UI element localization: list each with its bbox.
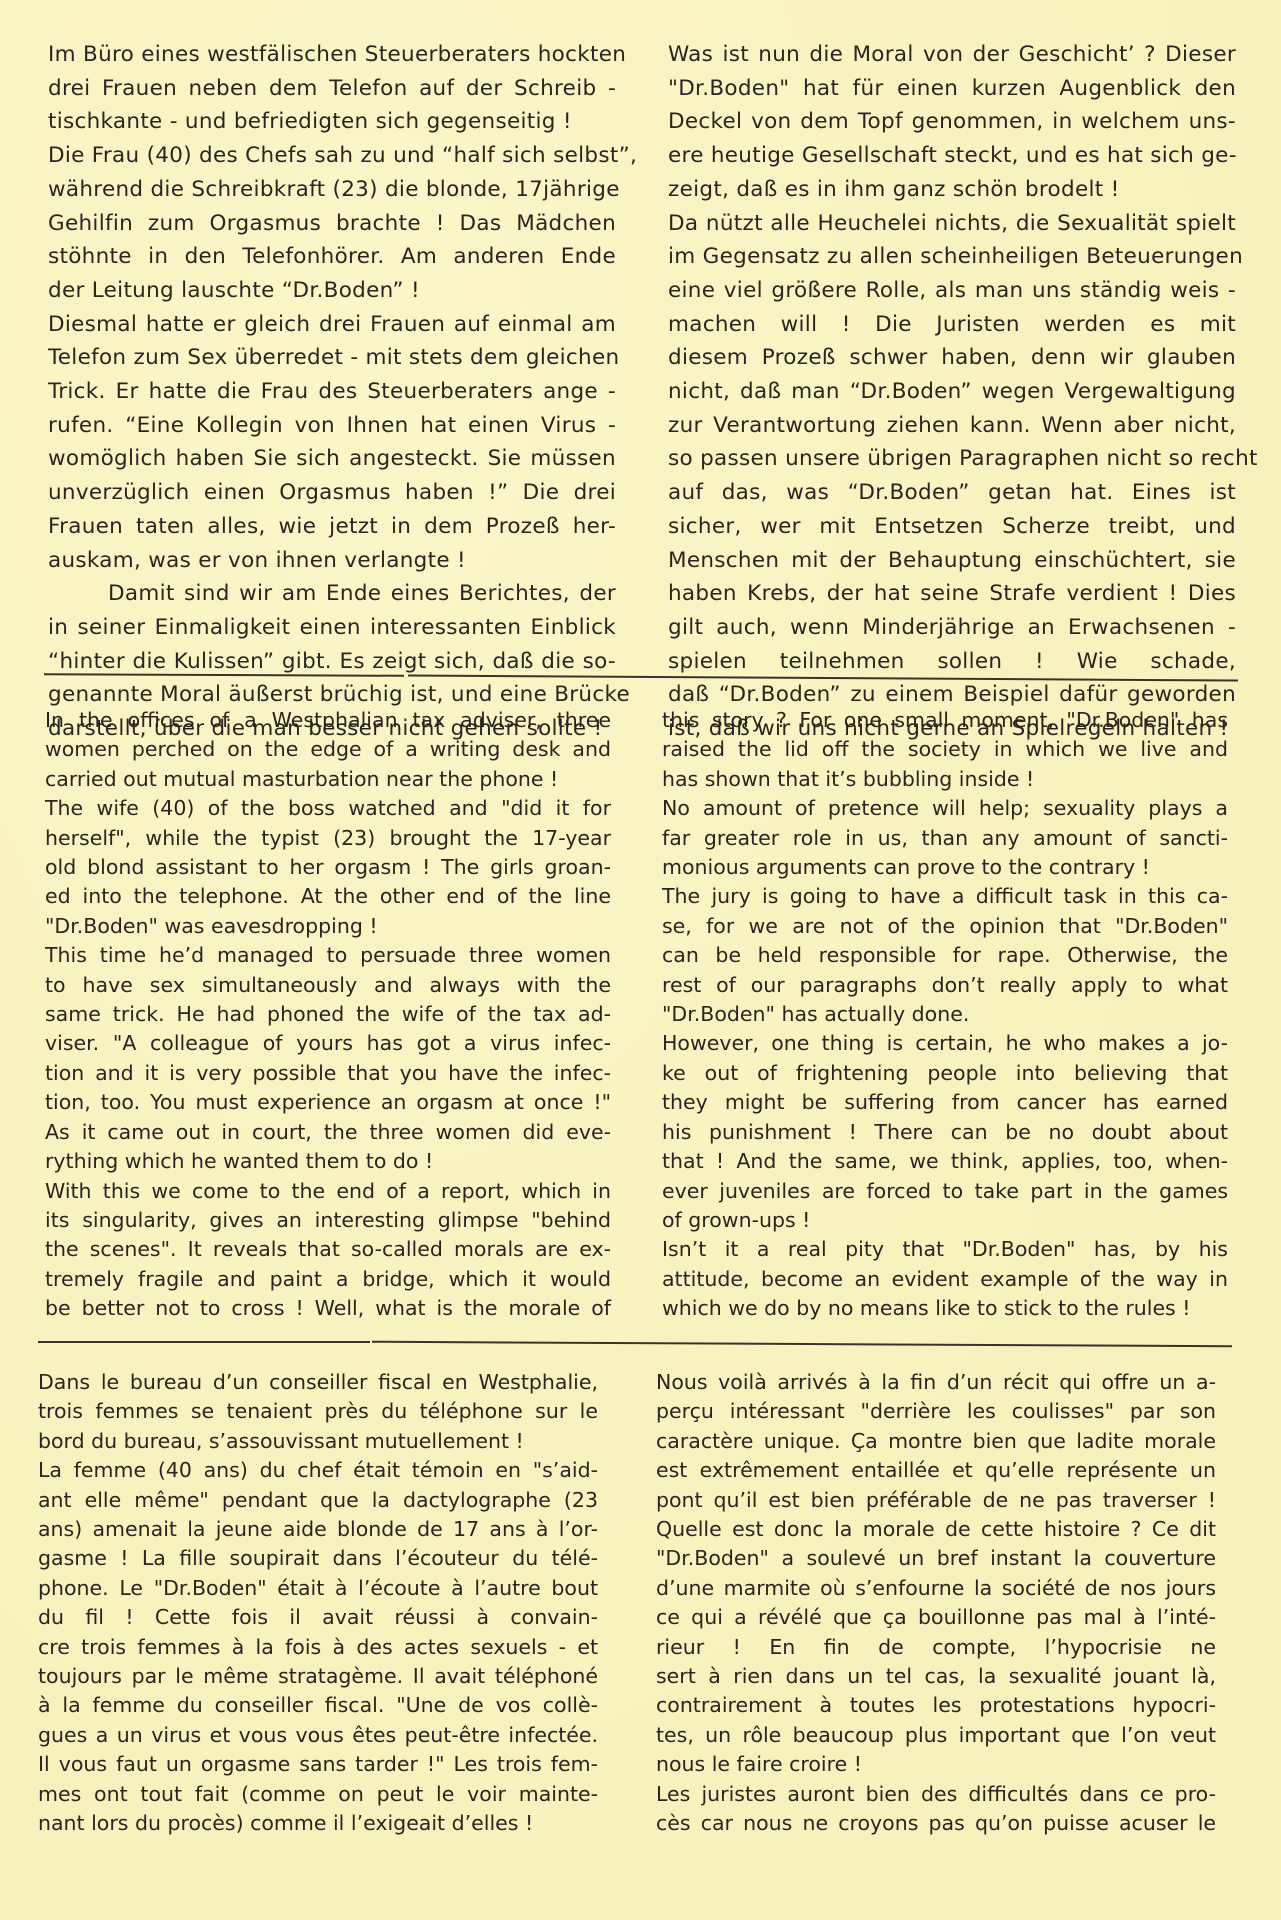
french-column-left: Dans le bureau d’un conseiller fiscal en…	[38, 1368, 598, 1839]
text-line: However, one thing is certain, he who ma…	[662, 1029, 1228, 1058]
text-line: the scenes". It reveals that so-called m…	[45, 1235, 611, 1264]
text-line: d’une marmite où s’enfourne la société d…	[656, 1574, 1216, 1603]
text-line: während die Schreibkraft (23) die blonde…	[48, 173, 616, 207]
text-line: gasme ! La fille soupirait dans l’écoute…	[38, 1544, 598, 1573]
text-line: Diesmal hatte er gleich drei Frauen auf …	[48, 308, 616, 342]
text-line: far greater role in us, than any amount …	[662, 824, 1228, 853]
text-line: tischkante - und befriedigten sich gegen…	[48, 105, 616, 139]
text-line: Damit sind wir am Ende eines Berichtes, …	[48, 577, 616, 611]
text-line: La femme (40 ans) du chef était témoin e…	[38, 1456, 598, 1485]
french-column-right: Nous voilà arrivés à la fin d’un récit q…	[656, 1368, 1216, 1839]
text-line: rieur ! En fin de compte, l’hypocrisie n…	[656, 1633, 1216, 1662]
text-line: they might be suffering from cancer has …	[662, 1088, 1228, 1117]
text-line: to have sex simultaneously and always wi…	[45, 971, 611, 1000]
text-line: ans) amenait la jeune aide blonde de 17 …	[38, 1515, 598, 1544]
text-line: Da nützt alle Heuchelei nichts, die Sexu…	[668, 207, 1236, 241]
text-line: spielen teilnehmen sollen ! Wie schade,	[668, 645, 1236, 679]
text-line: ke out of frightening people into believ…	[662, 1059, 1228, 1088]
text-line: der Leitung lauschte “Dr.Boden” !	[48, 274, 616, 308]
text-line: Gehilfin zum Orgasmus brachte ! Das Mädc…	[48, 207, 616, 241]
text-line: its singularity, gives an interesting gl…	[45, 1206, 611, 1235]
text-line: this story ? For one small moment, "Dr.B…	[662, 706, 1228, 735]
text-line: diesem Prozeß schwer haben, denn wir gla…	[668, 341, 1236, 375]
text-line: his punishment ! There can be no doubt a…	[662, 1118, 1228, 1147]
text-line: phone. Le "Dr.Boden" était à l’écoute à …	[38, 1574, 598, 1603]
text-line: gues a un virus et vous vous êtes peut-ê…	[38, 1721, 598, 1750]
text-line: attitude, become an evident example of t…	[662, 1265, 1228, 1294]
text-line: trois femmes se tenaient près du télépho…	[38, 1397, 598, 1426]
text-line: in seiner Einmaligkeit einen interessant…	[48, 611, 616, 645]
text-line: toujours par le même stratagème. Il avai…	[38, 1662, 598, 1691]
text-line: Nous voilà arrivés à la fin d’un récit q…	[656, 1368, 1216, 1397]
text-line: rything which he wanted them to do !	[45, 1147, 611, 1176]
text-line: "Dr.Boden" a soulevé un bref instant la …	[656, 1544, 1216, 1573]
text-line: ere heutige Gesellschaft steckt, und es …	[668, 139, 1236, 173]
text-line: unverzüglich einen Orgasmus haben !” Die…	[48, 476, 616, 510]
text-line: No amount of pretence will help; sexuali…	[662, 794, 1228, 823]
text-line: that ! And the same, we think, applies, …	[662, 1147, 1228, 1176]
text-line: herself", while the typist (23) brought …	[45, 824, 611, 853]
text-line: which we do by no means like to stick to…	[662, 1294, 1228, 1323]
text-line: stöhnte in den Telefonhörer. Am anderen …	[48, 240, 616, 274]
text-line: old blond assistant to her orgasm ! The …	[45, 853, 611, 882]
text-line: zur Verantwortung ziehen kann. Wenn aber…	[668, 409, 1236, 443]
text-line: The jury is going to have a difficult ta…	[662, 882, 1228, 911]
text-line: Menschen mit der Behauptung einschüchter…	[668, 544, 1236, 578]
text-line: sert à rien dans un tel cas, la sexualit…	[656, 1662, 1216, 1691]
text-line: Was ist nun die Moral von der Geschicht’…	[668, 38, 1236, 72]
text-line: zeigt, daß es in ihm ganz schön brodelt …	[668, 173, 1236, 207]
text-line: of grown-ups !	[662, 1206, 1228, 1235]
text-line: "Dr.Boden" has actually done.	[662, 1000, 1228, 1029]
text-line: nant lors du procès) comme il l’exigeait…	[38, 1809, 598, 1838]
text-line: Trick. Er hatte die Frau des Steuerberat…	[48, 375, 616, 409]
text-line: be better not to cross ! Well, what is t…	[45, 1294, 611, 1323]
text-line: With this we come to the end of a report…	[45, 1177, 611, 1206]
text-line: du fil ! Cette fois il avait réussi à co…	[38, 1603, 598, 1632]
text-line: rest of our paragraphs don’t really appl…	[662, 971, 1228, 1000]
text-line: ce qui a révélé que ça bouillonne pas ma…	[656, 1603, 1216, 1632]
text-line: In the offices of a Westphalian tax advi…	[45, 706, 611, 735]
text-line: auf das, was “Dr.Boden” getan hat. Eines…	[668, 476, 1236, 510]
text-line: contrairement à toutes les protestations…	[656, 1691, 1216, 1720]
text-line: ever juveniles are forced to take part i…	[662, 1177, 1228, 1206]
text-line: auskam, was er von ihnen verlangte !	[48, 544, 616, 578]
text-line: se, for we are not of the opinion that "…	[662, 912, 1228, 941]
text-line: Im Büro eines westfälischen Steuerberate…	[48, 38, 616, 72]
text-line: bord du bureau, s’assouvissant mutuellem…	[38, 1427, 598, 1456]
text-line: Frauen taten alles, wie jetzt in dem Pro…	[48, 510, 616, 544]
text-line: ant elle même" pendant que la dactylogra…	[38, 1486, 598, 1515]
text-line: so passen unsere übrigen Paragraphen nic…	[668, 442, 1236, 476]
text-line: tion, too. You must experience an orgasm…	[45, 1088, 611, 1117]
text-line: haben Krebs, der hat seine Strafe verdie…	[668, 577, 1236, 611]
text-line: cès car nous ne croyons pas qu’on puisse…	[656, 1809, 1216, 1838]
section-divider-2-left	[38, 1341, 370, 1343]
text-line: carried out mutual masturbation near the…	[45, 765, 611, 794]
text-line: tes, un rôle beaucoup plus important que…	[656, 1721, 1216, 1750]
text-line: ed into the telephone. At the other end …	[45, 882, 611, 911]
text-line: women perched on the edge of a writing d…	[45, 735, 611, 764]
text-line: As it came out in court, the three women…	[45, 1118, 611, 1147]
english-column-left: In the offices of a Westphalian tax advi…	[45, 706, 611, 1324]
text-line: Dans le bureau d’un conseiller fiscal en…	[38, 1368, 598, 1397]
text-line: im Gegensatz zu allen scheinheiligen Bet…	[668, 240, 1236, 274]
text-line: This time he’d managed to persuade three…	[45, 941, 611, 970]
text-line: "Dr.Boden" was eavesdropping !	[45, 912, 611, 941]
text-line: Isn’t it a real pity that "Dr.Boden" has…	[662, 1235, 1228, 1264]
text-line: est extrêmement entaillée et qu’elle rep…	[656, 1456, 1216, 1485]
text-line: gilt auch, wenn Minderjährige an Erwachs…	[668, 611, 1236, 645]
text-line: raised the lid off the society in which …	[662, 735, 1228, 764]
text-line: à la femme du conseiller fiscal. "Une de…	[38, 1691, 598, 1720]
german-column-right: Was ist nun die Moral von der Geschicht’…	[668, 38, 1236, 746]
english-column-right: this story ? For one small moment, "Dr.B…	[662, 706, 1228, 1324]
text-line: perçu intéressant "derrière les coulisse…	[656, 1397, 1216, 1426]
text-line: rufen. “Eine Kollegin von Ihnen hat eine…	[48, 409, 616, 443]
text-line: tion and it is very possible that you ha…	[45, 1059, 611, 1088]
text-line: Deckel von dem Topf genommen, in welchem…	[668, 105, 1236, 139]
text-line: Les juristes auront bien des difficultés…	[656, 1780, 1216, 1809]
text-line: nicht, daß man “Dr.Boden” wegen Vergewal…	[668, 375, 1236, 409]
german-column-left: Im Büro eines westfälischen Steuerberate…	[48, 38, 616, 746]
text-line: The wife (40) of the boss watched and "d…	[45, 794, 611, 823]
text-line: caractère unique. Ça montre bien que lad…	[656, 1427, 1216, 1456]
text-line: viser. "A colleague of yours has got a v…	[45, 1029, 611, 1058]
text-line: Quelle est donc la morale de cette histo…	[656, 1515, 1216, 1544]
text-line: drei Frauen neben dem Telefon auf der Sc…	[48, 72, 616, 106]
text-line: womöglich haben Sie sich angesteckt. Sie…	[48, 442, 616, 476]
text-line: same trick. He had phoned the wife of th…	[45, 1000, 611, 1029]
text-line: eine viel größere Rolle, als man uns stä…	[668, 274, 1236, 308]
text-line: Telefon zum Sex überredet - mit stets de…	[48, 341, 616, 375]
text-line: Die Frau (40) des Chefs sah zu und “half…	[48, 139, 616, 173]
section-divider-2-right	[372, 1341, 1232, 1348]
text-line: nous le faire croire !	[656, 1750, 1216, 1779]
text-line: cre trois femmes à la fois à des actes s…	[38, 1633, 598, 1662]
text-line: can be held responsible for rape. Otherw…	[662, 941, 1228, 970]
text-line: has shown that it’s bubbling inside !	[662, 765, 1228, 794]
text-line: monious arguments can prove to the contr…	[662, 853, 1228, 882]
text-line: "Dr.Boden" hat für einen kurzen Augenbli…	[668, 72, 1236, 106]
text-line: machen will ! Die Juristen werden es mit	[668, 308, 1236, 342]
text-line: Il vous faut un orgasme sans tarder !" L…	[38, 1750, 598, 1779]
text-line: tremely fragile and paint a bridge, whic…	[45, 1265, 611, 1294]
text-line: mes ont tout fait (comme on peut le voir…	[38, 1780, 598, 1809]
text-line: pont qu’il est bien préférable de ne pas…	[656, 1486, 1216, 1515]
text-line: sicher, wer mit Entsetzen Scherze treibt…	[668, 510, 1236, 544]
